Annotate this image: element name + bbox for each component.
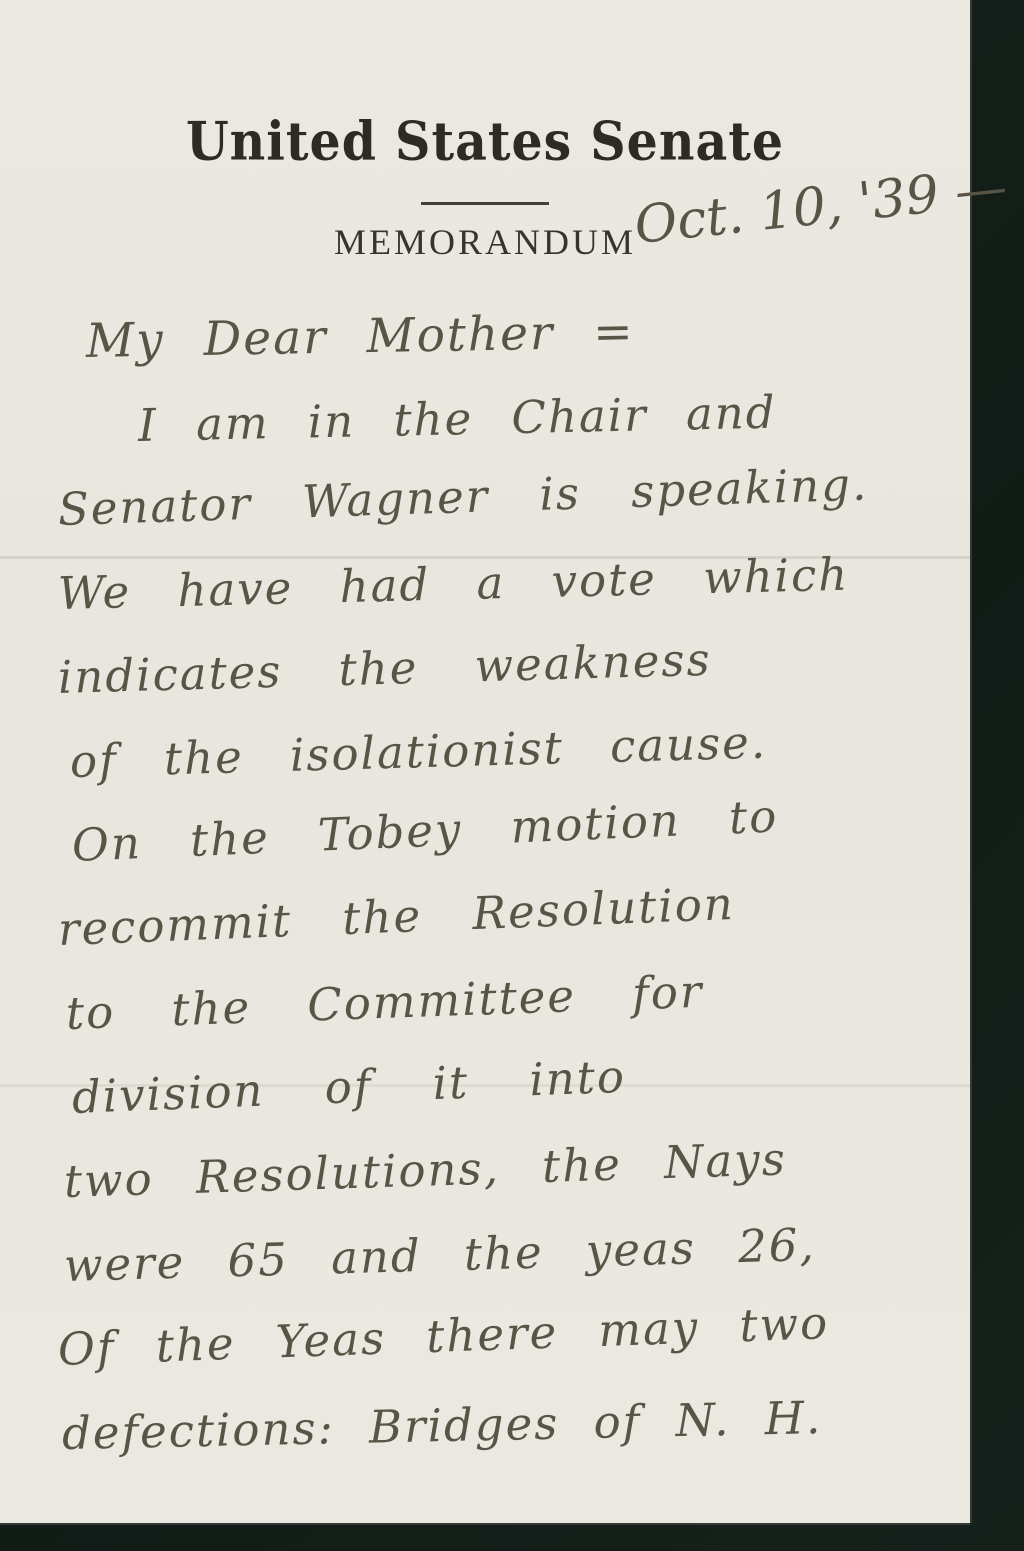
letter-body: My Dear Mother =I am in the Chair andSen… (58, 300, 958, 1476)
memo-paper: United States Senate MEMORANDUM Oct. 10,… (0, 0, 970, 1523)
senate-title: United States Senate (0, 110, 970, 173)
divider-rule (421, 202, 549, 205)
handwritten-line: defections: Bridges of N. H. (61, 1373, 959, 1476)
